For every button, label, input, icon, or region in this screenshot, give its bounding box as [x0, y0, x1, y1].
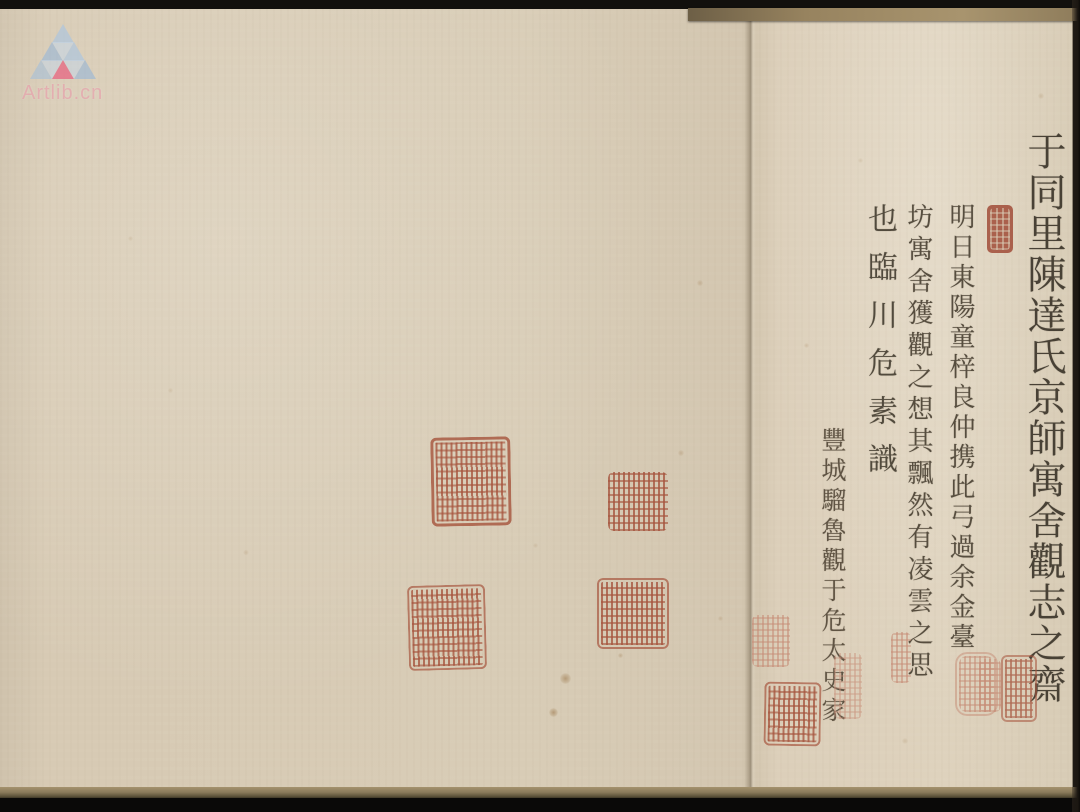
- collector-seal-middle-lower: [597, 578, 669, 649]
- seal-beside-zhi-right: [1001, 655, 1037, 722]
- seal-bottom-left-lower: [763, 682, 821, 747]
- logo-triangle: [52, 24, 74, 43]
- seal-top-right-small: [987, 205, 1013, 253]
- artlib-watermark: Artlib.cn: [20, 20, 130, 108]
- page-fold-seam: [744, 9, 756, 789]
- photo-bottom-border: [0, 798, 1080, 812]
- seal-beside-taishi: [834, 653, 862, 719]
- album-left-page: [0, 9, 752, 788]
- calligraphy-column-2: 明日東陽童梓良仲携此弓過余金臺: [947, 203, 973, 653]
- seal-below-column-2: [955, 652, 998, 716]
- paper-texture: [0, 9, 752, 788]
- seal-beside-column-3: [891, 632, 911, 683]
- calligraphy-column-3: 坊寓舍獲觀之想其飄然有凌雲之思: [905, 203, 931, 683]
- album-top-edge: [688, 8, 1080, 21]
- seal-carving: [990, 208, 1010, 250]
- artwork-photo: 于同里陳達氏京師寓舍觀志之齋 明日東陽童梓良仲携此弓過余金臺 坊寓舍獲觀之想其飄…: [0, 0, 1080, 812]
- collector-seal-large: [430, 436, 512, 526]
- watermark-text: Artlib.cn: [22, 82, 103, 105]
- calligraphy-column-4: 也臨川危素識: [864, 203, 894, 491]
- collector-seal-lower-left: [407, 584, 487, 671]
- calligraphy-column-title: 于同里陳達氏京師寓舍觀志之齋: [1024, 131, 1063, 705]
- photo-right-border: [1072, 0, 1080, 812]
- seal-bottom-left-upper: [752, 615, 790, 667]
- collector-seal-middle-upper: [608, 472, 668, 531]
